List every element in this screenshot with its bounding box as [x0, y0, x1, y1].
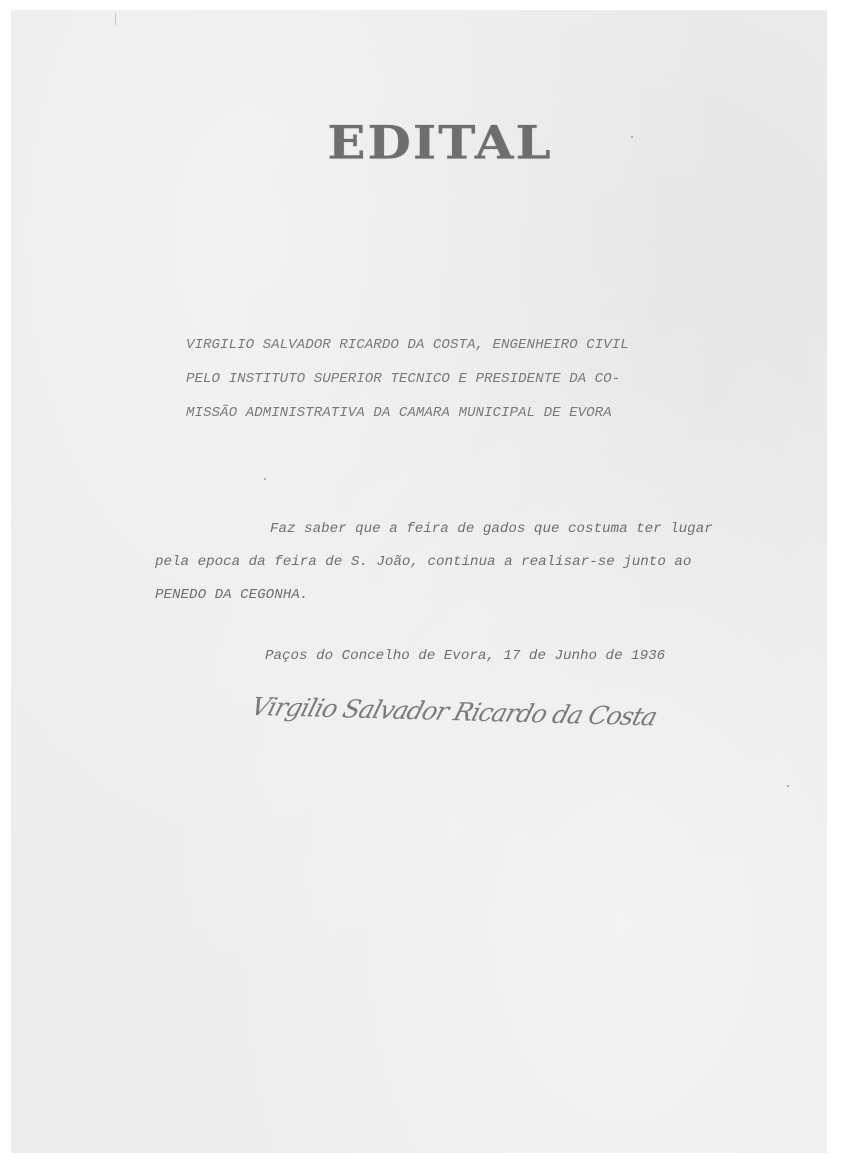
body-line: pela epoca da feira de S. João, continua…	[155, 546, 815, 579]
paper-mark	[115, 13, 116, 25]
document-title: EDITAL	[300, 115, 580, 170]
body-line: PENEDO DA CEGONHA.	[155, 579, 815, 612]
issuer-line: VIRGILIO SALVADOR RICARDO DA COSTA, ENGE…	[186, 328, 726, 362]
issuer-line: MISSÃO ADMINISTRATIVA DA CAMARA MUNICIPA…	[186, 396, 726, 430]
paper-speck	[264, 478, 266, 480]
issuer-block: VIRGILIO SALVADOR RICARDO DA COSTA, ENGE…	[186, 328, 726, 430]
paper-speck	[631, 136, 633, 138]
place-and-date: Paços do Concelho de Evora, 17 de Junho …	[265, 648, 665, 664]
body-line: Faz saber que a feira de gados que costu…	[155, 513, 815, 546]
issuer-line: PELO INSTITUTO SUPERIOR TECNICO E PRESID…	[186, 362, 726, 396]
announcement-body: Faz saber que a feira de gados que costu…	[155, 513, 815, 612]
paper-speck	[787, 785, 789, 787]
